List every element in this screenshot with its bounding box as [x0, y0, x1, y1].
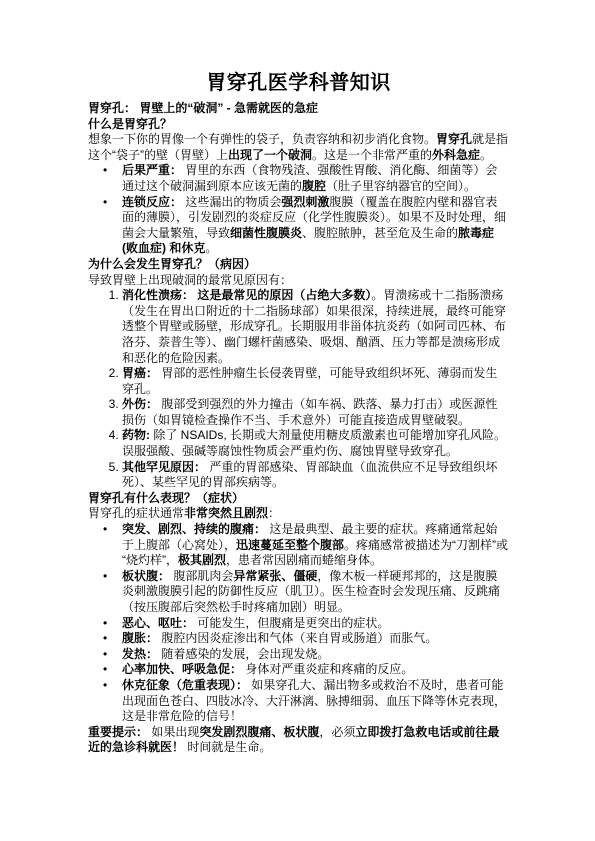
- list-item: 外伤： 腹部受到强烈的外力撞击（如车祸、跌落、暴力打击）或医源性损伤（如胃镜检查…: [122, 397, 509, 428]
- section-heading: 胃穿孔有什么表现？（症状）: [88, 491, 509, 507]
- bold-text-run: 腹胀：: [122, 631, 161, 645]
- text-run: 想象一下你的胃像一个有弹性的袋子，负责容纳和初步消化食物。: [88, 132, 436, 146]
- bold-text-run: 连锁反应：: [122, 195, 185, 209]
- list-item: 连锁反应： 这些漏出的物质会强烈刺激腹膜（覆盖在腹腔内壁和器官表面的薄膜），引发…: [122, 195, 509, 257]
- bold-text-run: 外科急症: [432, 148, 480, 162]
- document-title: 胃穿孔医学科普知识: [88, 70, 509, 96]
- bold-text-run: 腹腔: [302, 179, 326, 193]
- text-run: 。: [205, 241, 217, 255]
- bold-text-run: 什么是胃穿孔？: [88, 117, 172, 131]
- bold-text-run: 板状腹：: [122, 569, 173, 583]
- paragraph: 重要提示： 如果出现突发剧烈腹痛、板状腹，必须立即拨打急救电话或前往最近的急诊科…: [88, 725, 509, 756]
- text-run: 可能发生，但腹痛是更突出的症状。: [197, 616, 389, 630]
- text-run: 随着感染的发展，会出现发烧。: [161, 647, 329, 661]
- list-item: 心率加快、呼吸急促： 身体对严重炎症和疼痛的反应。: [122, 662, 509, 678]
- text-run: 。这是一个非常严重的: [312, 148, 432, 162]
- text-run: 。: [480, 148, 492, 162]
- paragraph: 想象一下你的胃像一个有弹性的袋子，负责容纳和初步消化食物。胃穿孔就是指这个“袋子…: [88, 132, 509, 163]
- text-run: 如果出现: [151, 725, 199, 739]
- text-run: 腹腔内因炎症渗出和气体（来自胃或肠道）而胀气。: [161, 631, 437, 645]
- text-run: 腹部肌肉会: [173, 569, 233, 583]
- bold-text-run: 出现了一个破洞: [228, 148, 312, 162]
- section-heading: 为什么会发生胃穿孔？（病因）: [88, 257, 509, 273]
- text-run: 导致胃壁上出现破洞的最常见原因有：: [88, 273, 292, 287]
- section-heading: 什么是胃穿孔？: [88, 117, 509, 133]
- bold-text-run: 外伤：: [122, 397, 161, 411]
- bold-text-run: 心率加快、呼吸急促：: [122, 662, 245, 676]
- document-body: 胃穿孔： 胃壁上的“破洞” - 急需就医的急症什么是胃穿孔？想象一下你的胃像一个…: [88, 101, 509, 756]
- bold-text-run: 胃穿孔： 胃壁上的“破洞” - 急需就医的急症: [88, 101, 318, 115]
- bold-text-run: 极其剧烈: [178, 553, 226, 567]
- bold-text-run: 细菌性腹膜炎: [230, 226, 302, 240]
- list-item: 腹胀： 腹腔内因炎症渗出和气体（来自胃或肠道）而胀气。: [122, 631, 509, 647]
- bullet-list: 后果严重： 胃里的东西（食物残渣、强酸性胃酸、消化酶、细菌等）会通过这个破洞漏到…: [88, 163, 509, 257]
- text-run: ：: [268, 506, 280, 520]
- list-item: 药物: 除了 NSAIDs, 长期或大剂量使用糖皮质激素也可能增加穿孔风险。误服…: [122, 428, 509, 459]
- bold-text-run: 重要提示：: [88, 725, 151, 739]
- list-item: 发热： 随着感染的发展，会出现发烧。: [122, 647, 509, 663]
- bold-text-run: 突发剧烈腹痛、板状腹: [199, 725, 319, 739]
- bold-text-run: 胃穿孔: [436, 132, 472, 146]
- bold-text-run: 强烈刺激: [281, 195, 329, 209]
- numbered-list: 消化性溃疡： 这是最常见的原因（占绝大多数）。胃溃疡或十二指肠溃疡（发生在胃出口…: [88, 288, 509, 491]
- list-item: 胃癌： 胃部的恶性肿瘤生长侵袭胃壁，可能导致组织坏死、薄弱而发生穿孔。: [122, 366, 509, 397]
- paragraph: 胃穿孔的症状通常非常突然且剧烈：: [88, 506, 509, 522]
- bold-text-run: 发热：: [122, 647, 161, 661]
- bold-text-run: 迅速蔓延至整个腹部: [236, 538, 344, 552]
- text-run: 胃穿孔的症状通常: [88, 506, 184, 520]
- text-run: （肚子里容纳器官的空间）。: [326, 179, 476, 193]
- paragraph: 导致胃壁上出现破洞的最常见原因有：: [88, 273, 509, 289]
- bold-text-run: 后果严重：: [122, 163, 185, 177]
- list-item: 恶心、呕吐： 可能发生，但腹痛是更突出的症状。: [122, 616, 509, 632]
- text-run: 身体对严重炎症和疼痛的反应。: [245, 662, 413, 676]
- bold-text-run: 休克征象（危重表现）：: [122, 678, 251, 692]
- list-item: 突发、剧烈、持续的腹痛： 这是最典型、最主要的症状。疼痛通常起始于上腹部（心窝处…: [122, 522, 509, 569]
- section-heading: 胃穿孔： 胃壁上的“破洞” - 急需就医的急症: [88, 101, 509, 117]
- bold-text-run: 为什么会发生胃穿孔？（病因）: [88, 257, 256, 271]
- text-run: 除了 NSAIDs, 长期或大剂量使用糖皮质激素也可能增加穿孔风险。误服强酸、强…: [122, 428, 506, 458]
- bold-text-run: 胃癌：: [122, 366, 161, 380]
- text-run: 胃部的恶性肿瘤生长侵袭胃壁，可能导致组织坏死、薄弱而发生穿孔。: [122, 366, 497, 396]
- list-item: 消化性溃疡： 这是最常见的原因（占绝大多数）。胃溃疡或十二指肠溃疡（发生在胃出口…: [122, 288, 509, 366]
- bold-text-run: 非常突然且剧烈: [184, 506, 268, 520]
- text-run: 时间就是生命。: [184, 740, 271, 754]
- bold-text-run: 药物:: [122, 428, 153, 442]
- text-run: ，患者常因剧痛而蜷缩身体。: [226, 553, 382, 567]
- text-run: 、腹腔脓肿，甚至危及生命的: [302, 226, 458, 240]
- text-run: ，必须: [319, 725, 355, 739]
- bold-text-run: 突发、剧烈、持续的腹痛：: [122, 522, 269, 536]
- list-item: 后果严重： 胃里的东西（食物残渣、强酸性胃酸、消化酶、细菌等）会通过这个破洞漏到…: [122, 163, 509, 194]
- bullet-list: 突发、剧烈、持续的腹痛： 这是最典型、最主要的症状。疼痛通常起始于上腹部（心窝处…: [88, 522, 509, 725]
- bold-text-run: 其他罕见原因：: [122, 460, 209, 474]
- bold-text-run: 胃穿孔有什么表现？（症状）: [88, 491, 244, 505]
- document-page: 胃穿孔医学科普知识 胃穿孔： 胃壁上的“破洞” - 急需就医的急症什么是胃穿孔？…: [0, 0, 595, 841]
- list-item: 休克征象（危重表现）： 如果穿孔大、漏出物多或救治不及时，患者可能出现面色苍白、…: [122, 678, 509, 725]
- bold-text-run: 异常紧张、僵硬: [233, 569, 317, 583]
- bold-text-run: 恶心、呕吐：: [122, 616, 197, 630]
- text-run: 腹部受到强烈的外力撞击（如车祸、跌落、暴力打击）或医源性损伤（如胃镜检查操作不当…: [122, 397, 497, 427]
- text-run: 这些漏出的物质会: [185, 195, 281, 209]
- bold-text-run: 消化性溃疡： 这是最常见的原因（占绝大多数）: [122, 288, 371, 302]
- list-item: 板状腹： 腹部肌肉会异常紧张、僵硬，像木板一样硬邦邦的，这是腹膜炎刺激腹膜引起的…: [122, 569, 509, 616]
- list-item: 其他罕见原因： 严重的胃部感染、胃部缺血（血流供应不足导致组织坏死）、某些罕见的…: [122, 460, 509, 491]
